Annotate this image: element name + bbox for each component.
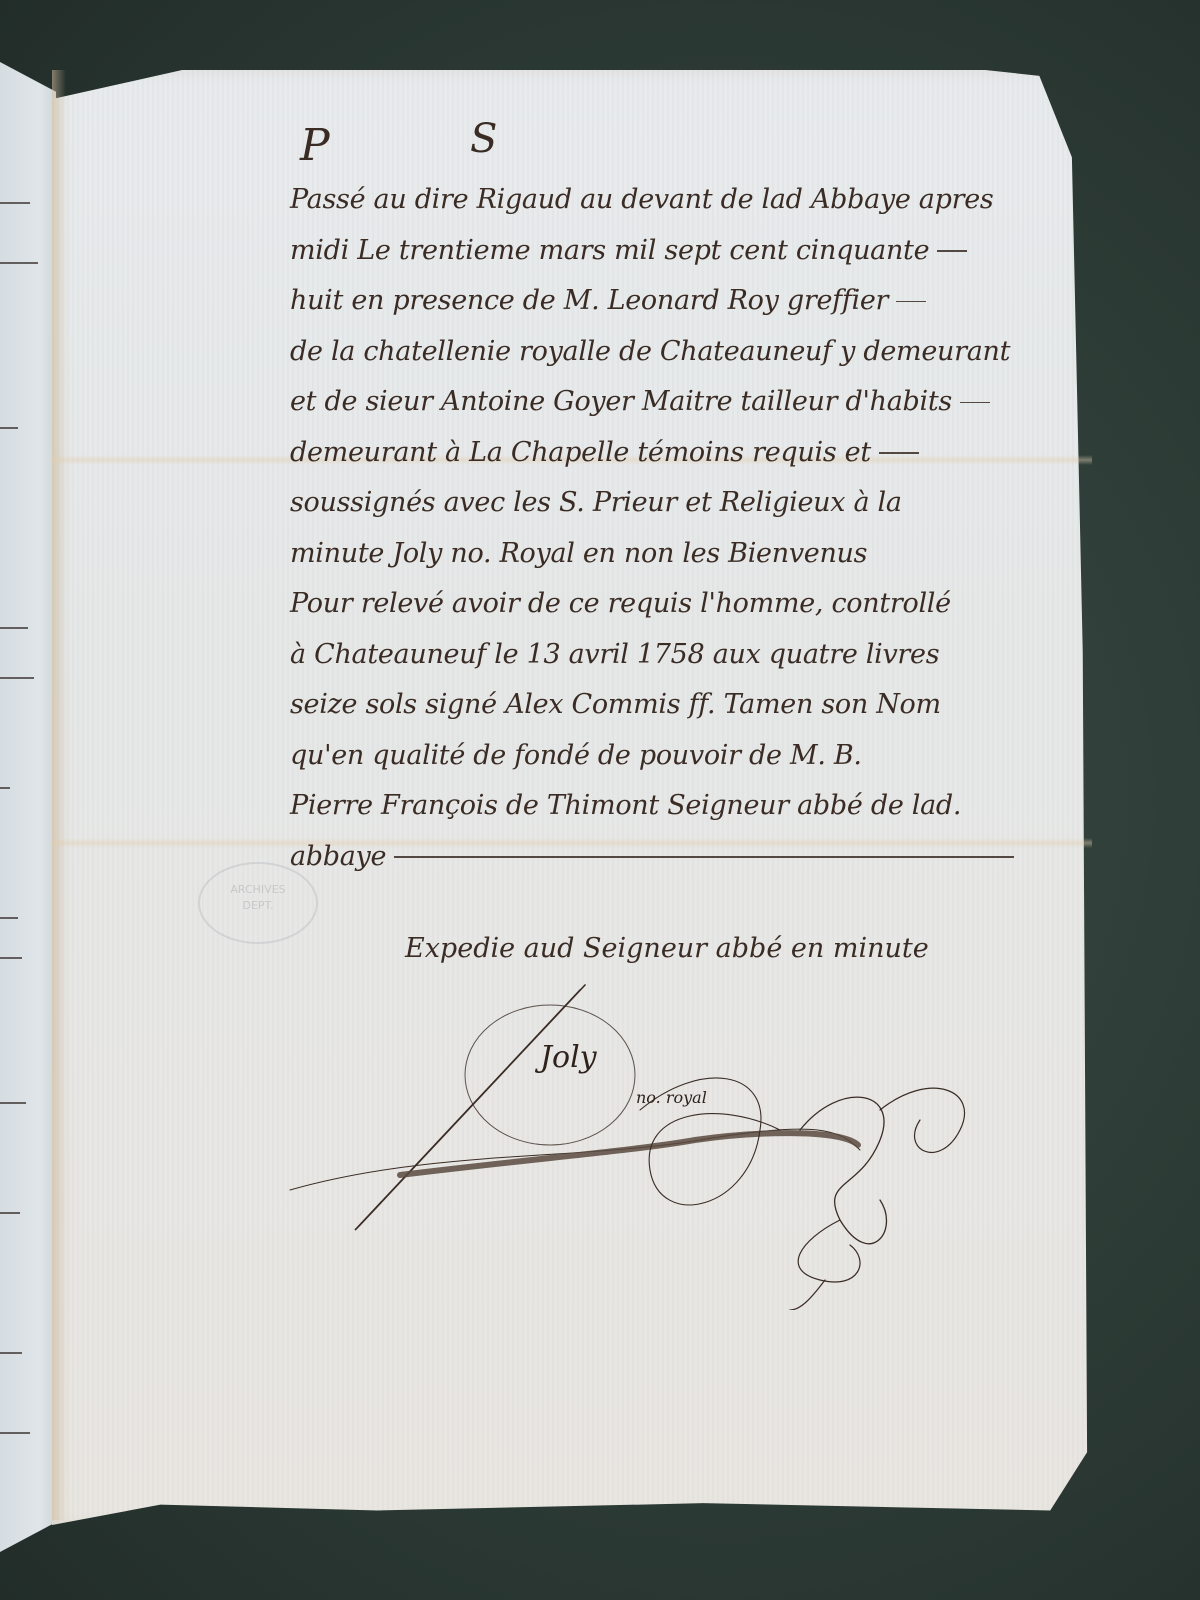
closing-line: Expedie aud Seigneur abbé en minute	[405, 933, 929, 964]
manuscript-line: qu'en qualité de fondé de pouvoir de M. …	[290, 731, 1090, 782]
ink-stroke	[0, 427, 18, 429]
manuscript-body: Passé au dire Rigaud au devant de lad Ab…	[290, 175, 1090, 882]
signature-flourish	[280, 980, 1040, 1310]
ink-stroke	[0, 677, 34, 679]
line-text: Pour relevé avoir de ce requis l'homme, …	[290, 588, 951, 619]
manuscript-line: Pierre François de Thimont Seigneur abbé…	[290, 781, 1090, 832]
line-text: Passé au dire Rigaud au devant de lad Ab…	[290, 184, 993, 215]
manuscript-line: et de sieur Antoine Goyer Maitre tailleu…	[290, 377, 1090, 428]
manuscript-line: minute Joly no. Royal en non les Bienven…	[290, 529, 1090, 580]
line-text: et de sieur Antoine Goyer Maitre tailleu…	[290, 386, 952, 417]
ink-stroke	[0, 627, 28, 629]
stamp-text: ARCHIVES	[200, 882, 316, 898]
ink-stroke	[0, 957, 22, 959]
ink-stroke	[0, 1432, 30, 1434]
ink-stroke	[0, 1102, 26, 1104]
signature-suffix: no. royal	[636, 1088, 707, 1107]
initial-mark-s: S	[470, 116, 497, 162]
manuscript-line: huit en presence de M. Leonard Roy greff…	[290, 276, 1090, 327]
line-text: demeurant à La Chapelle témoins requis e…	[290, 437, 871, 468]
stamp-text: DEPT.	[200, 898, 316, 914]
line-filler	[896, 301, 926, 303]
page-gutter-shadow	[52, 70, 66, 1520]
line-text: de la chatellenie royalle de Chateauneuf…	[290, 336, 1010, 367]
ink-stroke	[0, 1212, 20, 1214]
line-filler	[960, 402, 990, 404]
manuscript-line: abbaye	[290, 832, 1090, 883]
signature-name: Joly	[540, 1040, 597, 1075]
manuscript-line: demeurant à La Chapelle témoins requis e…	[290, 428, 1090, 479]
ink-stroke	[0, 917, 18, 919]
line-filler	[937, 250, 967, 252]
ink-stroke	[0, 787, 10, 789]
line-text: midi Le trentieme mars mil sept cent cin…	[290, 235, 929, 266]
previous-page-edge	[0, 62, 56, 1552]
manuscript-line: Passé au dire Rigaud au devant de lad Ab…	[290, 175, 1090, 226]
manuscript-line: de la chatellenie royalle de Chateauneuf…	[290, 327, 1090, 378]
line-text: abbaye	[290, 841, 386, 872]
ink-stroke	[0, 262, 38, 264]
initial-mark-p: P	[300, 120, 330, 171]
manuscript-line: Pour relevé avoir de ce requis l'homme, …	[290, 579, 1090, 630]
ink-stroke	[0, 202, 30, 204]
manuscript-line: midi Le trentieme mars mil sept cent cin…	[290, 226, 1090, 277]
line-filler	[394, 856, 1014, 858]
line-text: soussignés avec les S. Prieur et Religie…	[290, 487, 902, 518]
ink-stroke	[0, 1352, 22, 1354]
line-text: à Chateauneuf le 13 avril 1758 aux quatr…	[290, 639, 939, 670]
line-filler	[879, 452, 919, 454]
line-text: Pierre François de Thimont Seigneur abbé…	[290, 790, 961, 821]
manuscript-line: à Chateauneuf le 13 avril 1758 aux quatr…	[290, 630, 1090, 681]
line-text: seize sols signé Alex Commis ff. Tamen s…	[290, 689, 941, 720]
manuscript-line: seize sols signé Alex Commis ff. Tamen s…	[290, 680, 1090, 731]
manuscript-line: soussignés avec les S. Prieur et Religie…	[290, 478, 1090, 529]
line-text: minute Joly no. Royal en non les Bienven…	[290, 538, 867, 569]
line-text: qu'en qualité de fondé de pouvoir de M. …	[290, 740, 862, 771]
line-text: huit en presence de M. Leonard Roy greff…	[290, 285, 888, 316]
